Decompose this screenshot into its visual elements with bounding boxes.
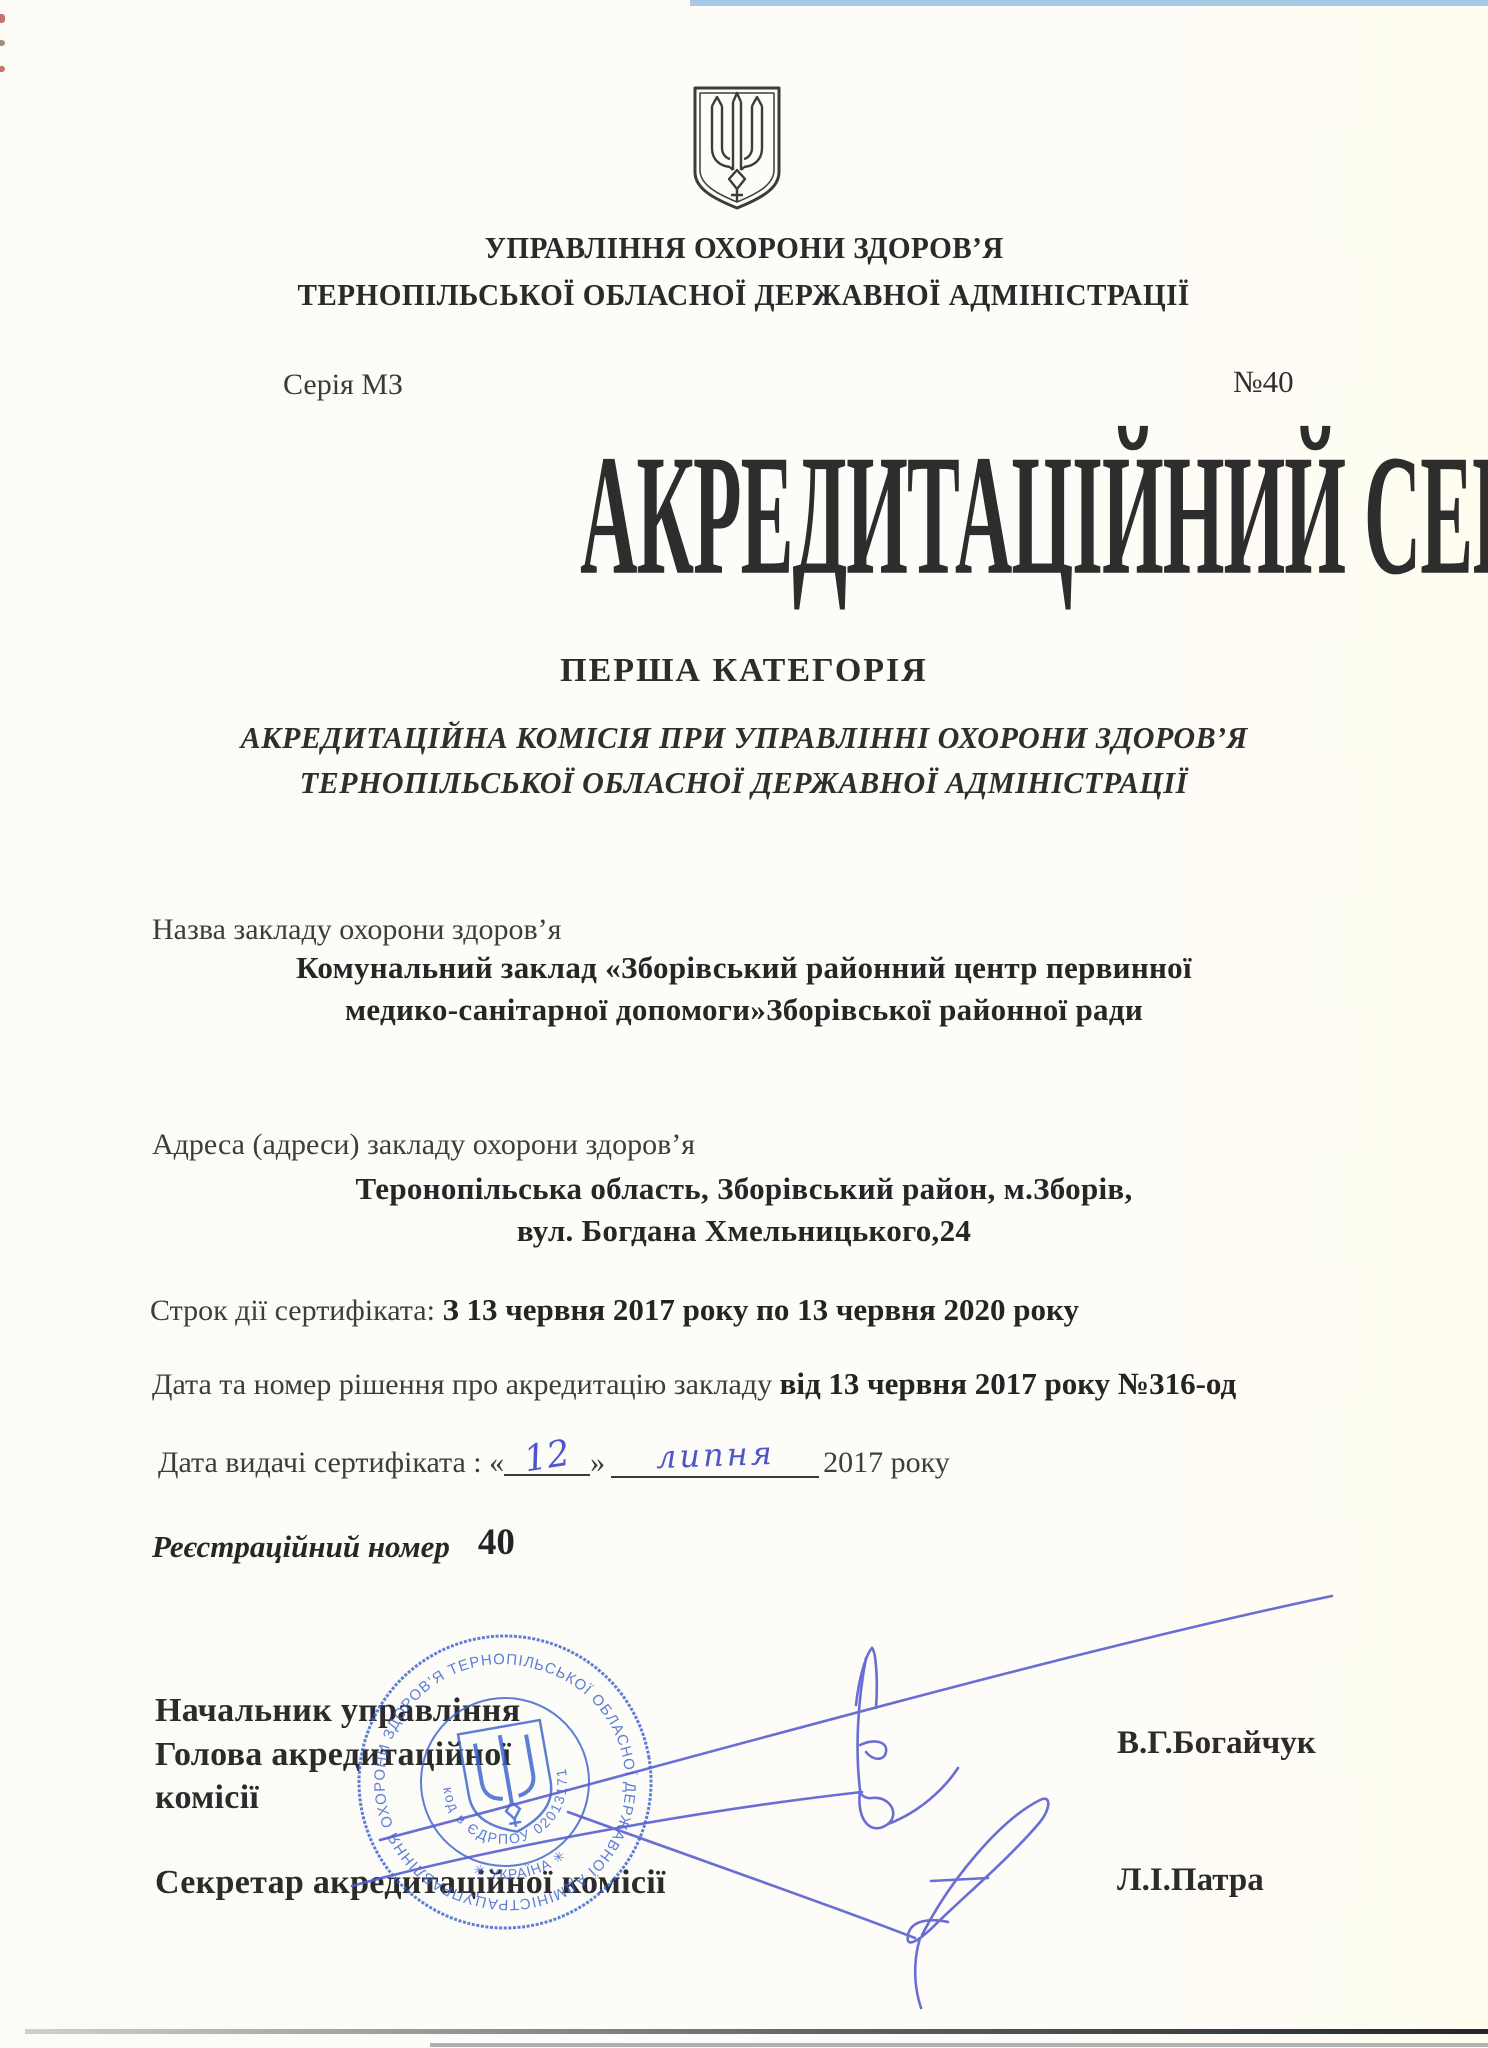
scan-speck (0, 66, 5, 72)
decision-value: від 13 червня 2017 року №316-од (780, 1366, 1237, 1401)
issue-date-line: Дата видачі сертифіката : «12»липня2017 … (158, 1440, 950, 1480)
decision-label: Дата та номер рішення про акредитацію за… (152, 1368, 772, 1401)
facility-name-line2: медико-санітарної допомоги»Зборівської р… (0, 992, 1488, 1028)
org-name-line1: УПРАВЛІННЯ ОХОРОНИ ЗДОРОВ’Я (0, 230, 1488, 266)
issue-close-quote: » (590, 1446, 605, 1479)
issue-day-blank: 12 (504, 1440, 590, 1476)
term-line: Строк дії сертифіката: З 13 червня 2017 … (150, 1292, 1079, 1328)
term-label: Строк дії сертифіката: (150, 1294, 435, 1327)
scan-edge-line-bottom (25, 2029, 1488, 2034)
issue-year: 2017 року (823, 1446, 950, 1479)
term-value: З 13 червня 2017 року по 13 червня 2020 … (442, 1292, 1079, 1327)
commission-line1: АКРЕДИТАЦІЙНА КОМІСІЯ ПРИ УПРАВЛІННІ ОХО… (0, 720, 1488, 756)
handwritten-day: 12 (521, 1433, 573, 1481)
issue-label: Дата видачі сертифіката : « (158, 1446, 504, 1479)
address-line1: Теронопільська область, Зборівський райо… (0, 1171, 1488, 1207)
head-signature-stroke (380, 1596, 1332, 1840)
certificate-title: АКРЕДИТАЦІЙНИЙ СЕРТИФІКАТ (0, 429, 1488, 579)
scan-edge-strip-top (690, 0, 1488, 6)
address-label: Адреса (адреси) закладу охорони здоров’я (152, 1128, 695, 1162)
certificate-number: №40 (1233, 364, 1294, 400)
commission-line2: ТЕРНОПІЛЬСЬКОЇ ОБЛАСНОЇ ДЕРЖАВНОЇ АДМІНІ… (0, 765, 1488, 801)
facility-name-label: Назва закладу охорони здоров’я (152, 913, 561, 947)
facility-name-line1: Комунальний заклад «Зборівський районний… (0, 950, 1488, 986)
scan-speck (0, 14, 5, 23)
certificate-page: УПРАВЛІННЯ ОХОРОНИ ЗДОРОВ’Я ТЕРНОПІЛЬСЬК… (0, 0, 1488, 2048)
series-label: Серія МЗ (283, 368, 403, 402)
address-line2: вул. Богдана Хмельницького,24 (0, 1213, 1488, 1249)
pen-signatures (300, 1540, 1488, 2020)
org-name-line2: ТЕРНОПІЛЬСЬКОЇ ОБЛАСНОЇ ДЕРЖАВНОЇ АДМІНІ… (0, 277, 1488, 313)
category-line: ПЕРША КАТЕГОРІЯ (0, 652, 1488, 690)
head-title-line3: комісії (155, 1779, 259, 1817)
scan-speck (0, 40, 5, 46)
secretary-signature-stroke (568, 1812, 915, 1938)
handwritten-month: липня (655, 1434, 775, 1476)
tryzub-emblem-icon (690, 84, 790, 214)
issue-month-blank: липня (611, 1442, 819, 1478)
decision-line: Дата та номер рішення про акредитацію за… (152, 1366, 1236, 1402)
scan-edge-line-bottom2 (430, 2043, 1488, 2047)
